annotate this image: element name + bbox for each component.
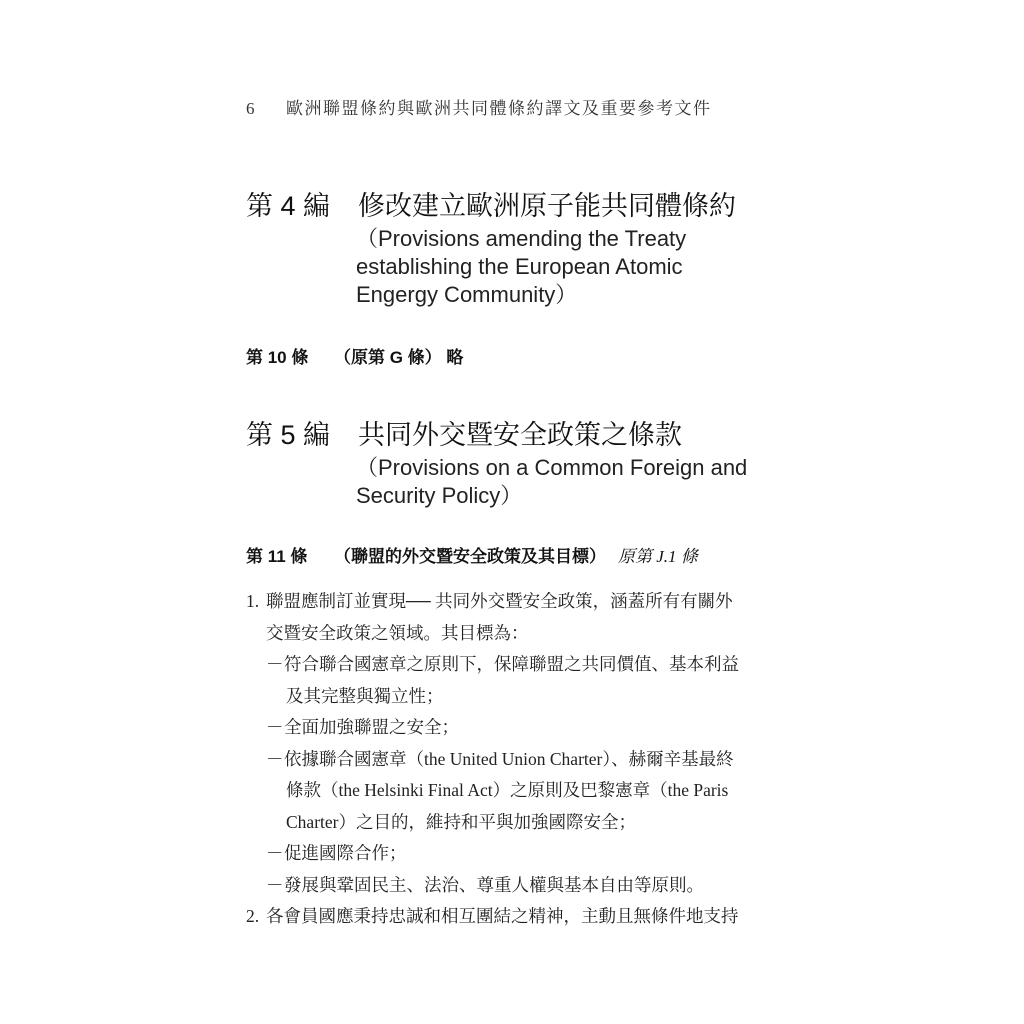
- article-heading: （原第 G 條） 略: [334, 348, 463, 367]
- part-title: 第 5 編共同外交暨安全政策之條款: [246, 413, 747, 452]
- part-title-en-line: （Provisions amending the Treaty: [356, 225, 736, 253]
- part-title-en: （Provisions amending the Treaty establis…: [356, 225, 736, 309]
- list-item-text: Charter）之目的，維持和平與加強國際安全；: [266, 807, 786, 839]
- dash-bullet: －: [266, 649, 284, 681]
- book-title: 歐洲聯盟條約與歐洲共同體條約譯文及重要參考文件: [286, 99, 712, 118]
- running-head: 6歐洲聯盟條約與歐洲共同體條約譯文及重要參考文件: [246, 94, 712, 119]
- part-title-en-line: Security Policy）: [356, 482, 747, 510]
- paragraph-text: 聯盟應制訂並實現── 共同外交暨安全政策，涵蓋所有有關外: [266, 591, 733, 611]
- dash-bullet: －: [266, 870, 284, 902]
- list-item: －符合聯合國憲章之原則下，保障聯盟之共同價值、基本利益 及其完整與獨立性；: [246, 649, 786, 712]
- paragraph-2: 2.各會員國應秉持忠誠和相互團結之精神，主動且無條件地支持: [246, 901, 786, 933]
- part-title: 第 4 編修改建立歐洲原子能共同體條約: [246, 184, 736, 223]
- part-title-zh: 共同外交暨安全政策之條款: [358, 420, 682, 450]
- list-item: －全面加強聯盟之安全；: [246, 712, 786, 744]
- dash-bullet: －: [266, 712, 284, 744]
- list-item-text: 依據聯合國憲章（the United Union Charter）、赫爾辛基最終: [284, 749, 734, 769]
- paragraph-text: 交暨安全政策之領域。其目標為：: [246, 618, 786, 650]
- paragraph-number: 1.: [246, 586, 266, 618]
- list-item-text: 促進國際合作；: [284, 843, 407, 863]
- list-item: －促進國際合作；: [246, 838, 786, 870]
- dash-bullet: －: [266, 744, 284, 776]
- part-5-heading: 第 5 編共同外交暨安全政策之條款 （Provisions on a Commo…: [246, 413, 747, 510]
- article-heading: （聯盟的外交暨安全政策及其目標）: [334, 547, 606, 566]
- part-4-heading: 第 4 編修改建立歐洲原子能共同體條約 （Provisions amending…: [246, 184, 736, 309]
- list-item-text: 及其完整與獨立性；: [266, 681, 786, 713]
- paragraph-text: 各會員國應秉持忠誠和相互團結之精神，主動且無條件地支持: [266, 906, 739, 926]
- article-number: 第 10 條: [246, 343, 334, 368]
- list-item-text: 條款（the Helsinki Final Act）之原則及巴黎憲章（the P…: [266, 775, 786, 807]
- list-item: －依據聯合國憲章（the United Union Charter）、赫爾辛基最…: [246, 744, 786, 839]
- dash-bullet: －: [266, 838, 284, 870]
- article-number: 第 11 條: [246, 542, 334, 567]
- part-title-en: （Provisions on a Common Foreign and Secu…: [356, 454, 747, 510]
- article-11-body: 1.聯盟應制訂並實現── 共同外交暨安全政策，涵蓋所有有關外 交暨安全政策之領域…: [246, 586, 786, 933]
- list-item-text: 發展與鞏固民主、法治、尊重人權與基本自由等原則。: [284, 875, 704, 895]
- part-title-en-line: Engergy Community）: [356, 281, 736, 309]
- paragraph-1: 1.聯盟應制訂並實現── 共同外交暨安全政策，涵蓋所有有關外 交暨安全政策之領域…: [246, 586, 786, 649]
- part-number: 第 5 編: [246, 413, 358, 452]
- part-number: 第 4 編: [246, 184, 358, 223]
- list-item-text: 符合聯合國憲章之原則下，保障聯盟之共同價值、基本利益: [284, 654, 739, 674]
- article-10-heading: 第 10 條（原第 G 條） 略: [246, 343, 463, 368]
- part-title-en-line: （Provisions on a Common Foreign and: [356, 454, 747, 482]
- part-title-en-line: establishing the European Atomic: [356, 253, 736, 281]
- original-article-ref: 原第 J.1 條: [618, 547, 698, 566]
- page-number: 6: [246, 99, 286, 119]
- list-item: －發展與鞏固民主、法治、尊重人權與基本自由等原則。: [246, 870, 786, 902]
- article-11-heading: 第 11 條（聯盟的外交暨安全政策及其目標）原第 J.1 條: [246, 542, 698, 567]
- list-item-text: 全面加強聯盟之安全；: [284, 717, 459, 737]
- part-title-zh: 修改建立歐洲原子能共同體條約: [358, 191, 736, 221]
- paragraph-number: 2.: [246, 901, 266, 933]
